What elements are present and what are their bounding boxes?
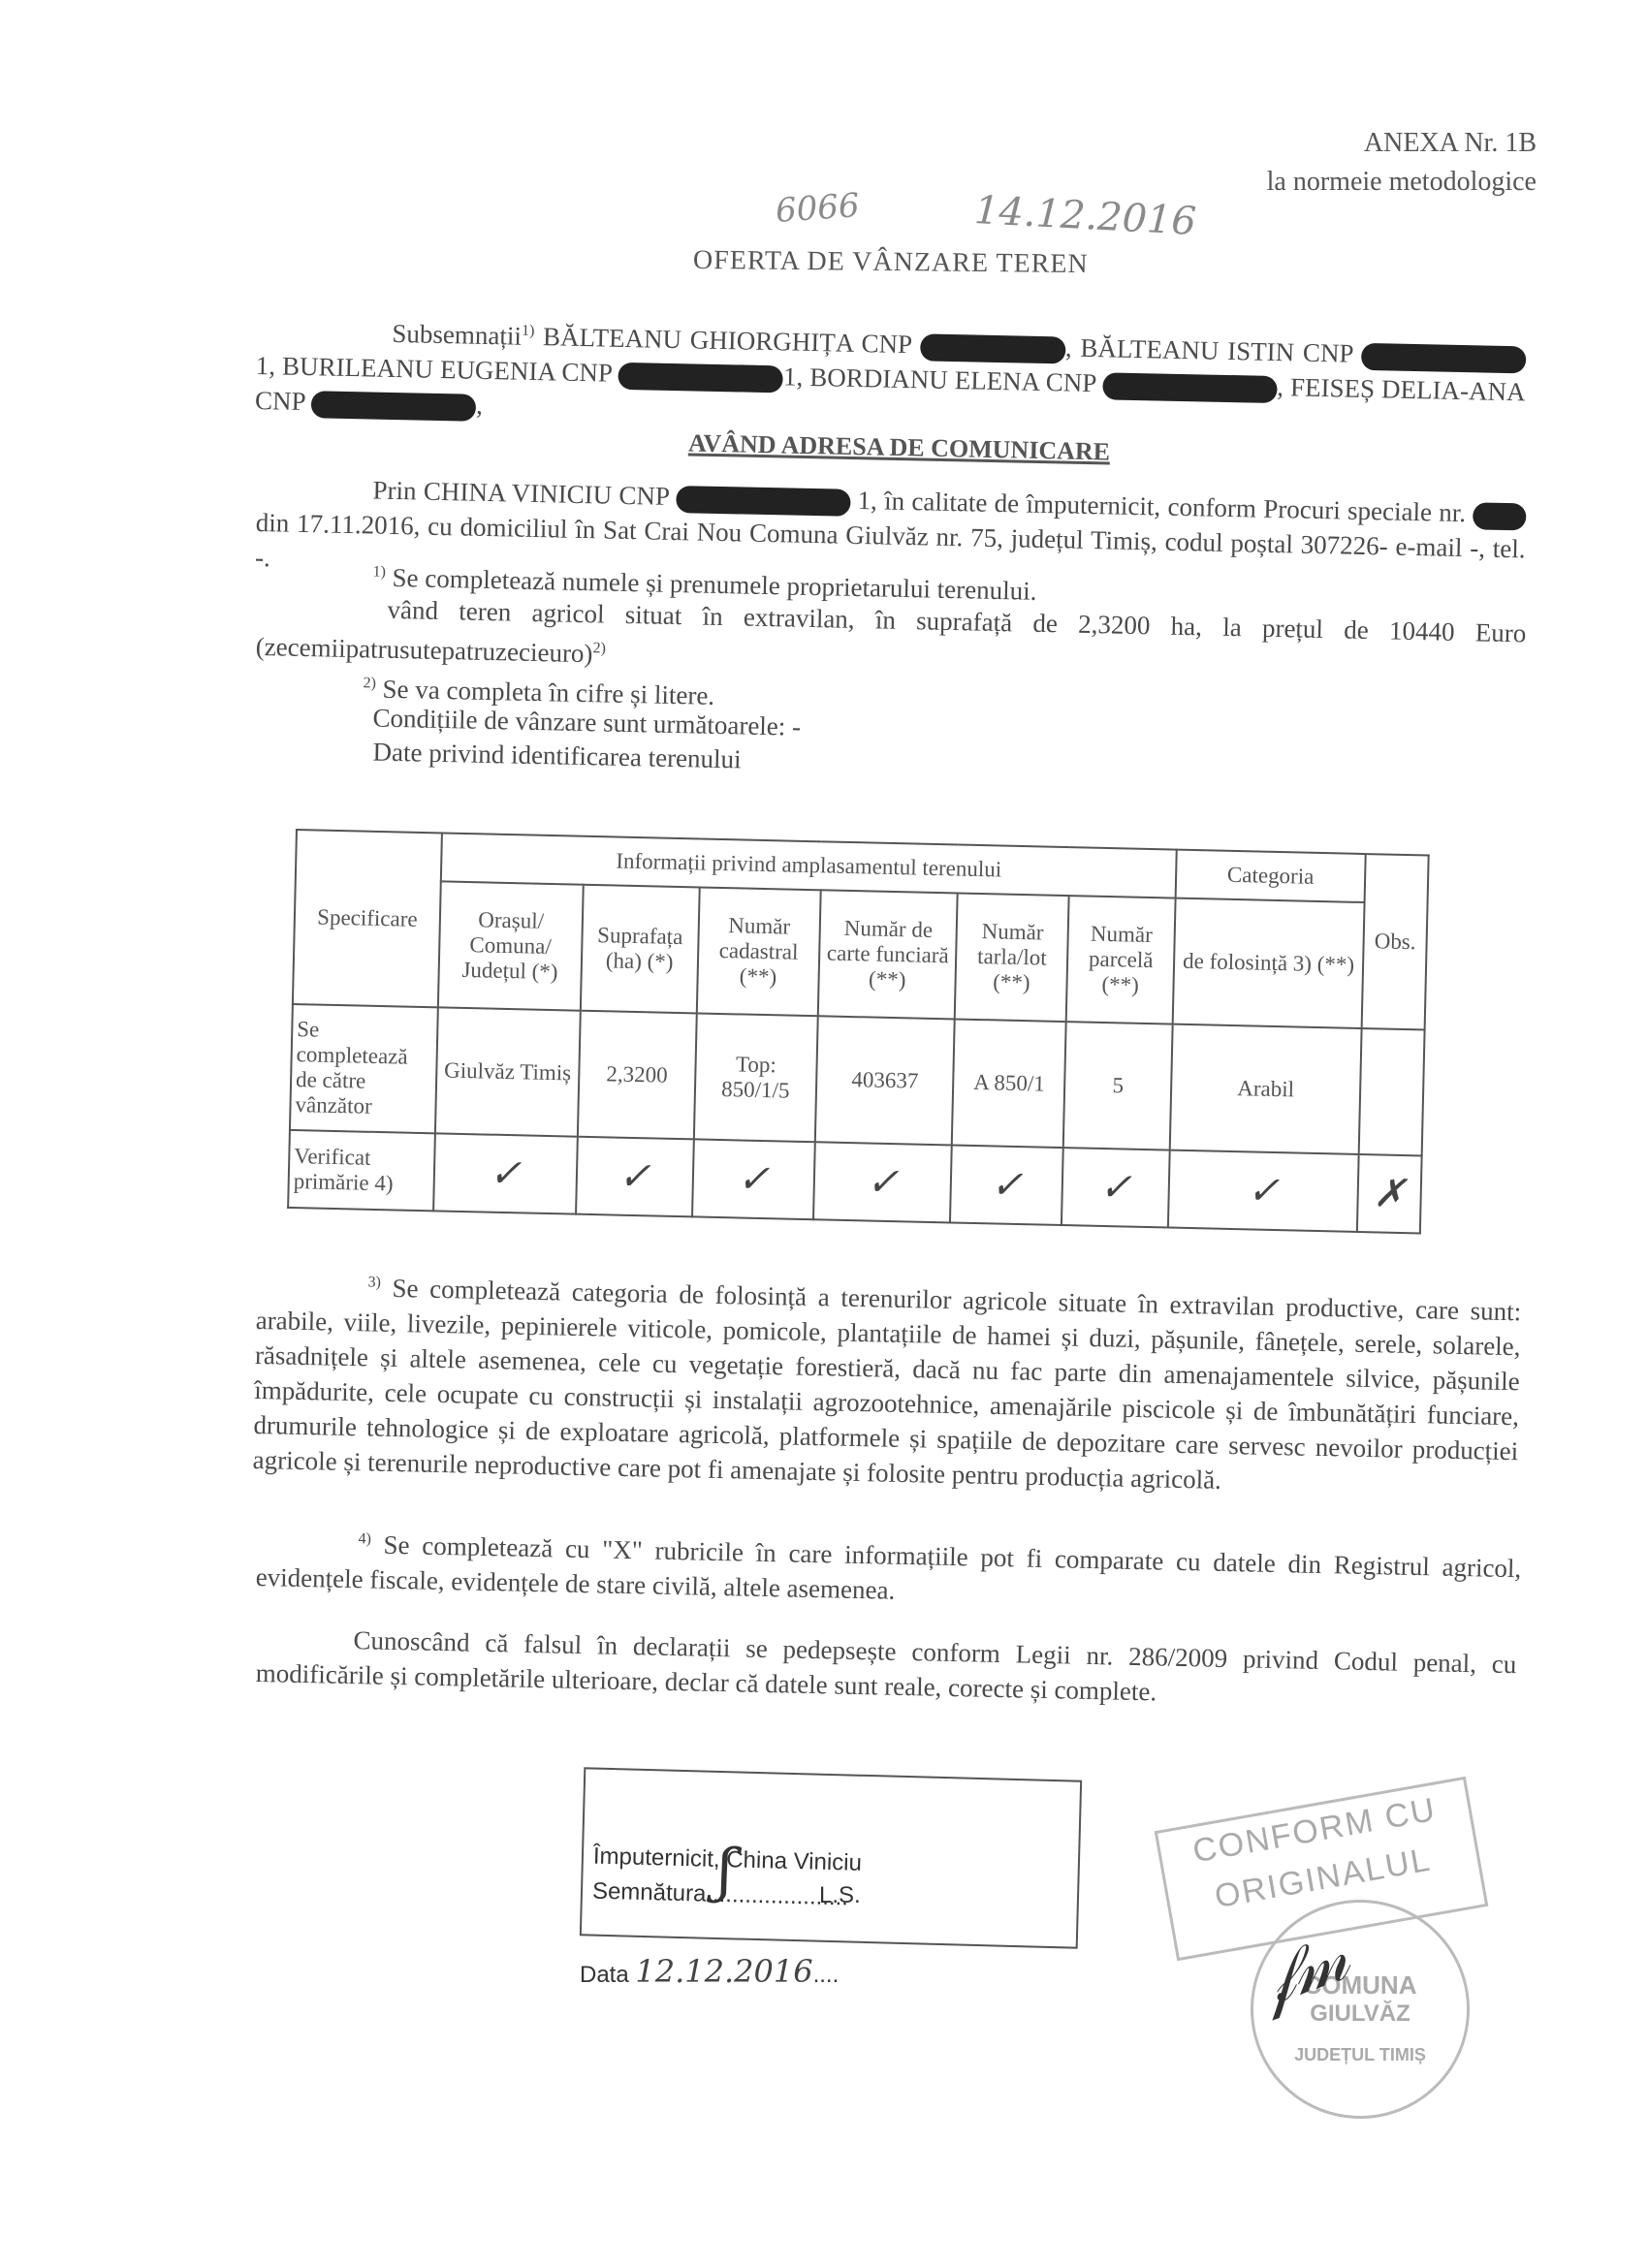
date-label: Data <box>580 1962 629 1988</box>
check-mark-icon: ✓ <box>1062 1148 1170 1227</box>
cross-mark-icon: ✗ <box>1357 1154 1422 1233</box>
category-header: Categoria <box>1176 850 1366 902</box>
signature-scribble-icon: ʃ <box>717 1837 733 1905</box>
seller-name-2: BĂLTEANU ISTIN CNP <box>1080 333 1353 368</box>
redacted-cnp <box>1102 372 1278 403</box>
check-mark-icon: ✓ <box>576 1137 694 1217</box>
table-cell: Arabil <box>1170 1024 1362 1154</box>
seller-name-4: BORDIANU ELENA CNP <box>809 362 1096 397</box>
footnote-3: 3) Se completează categoria de folosință… <box>252 1263 1521 1503</box>
declaration: Cunoscând că falsul în declarații se ped… <box>255 1621 1516 1717</box>
table-cell: Top: 850/1/5 <box>694 1013 818 1142</box>
annex-subtitle: la normeie metodologice <box>1267 163 1537 202</box>
document-title: OFERTA DE VÂNZARE TEREN <box>693 245 1089 280</box>
row-label: Se completează de către vânzător <box>290 1004 438 1133</box>
seller-name-3: BURILEANU EUGENIA CNP <box>282 352 613 388</box>
representative-role: 1, în calitate de împuternicit, conform … <box>857 486 1466 527</box>
sellers-intro: Subsemnații1) <box>256 316 534 351</box>
check-mark-icon: ✓ <box>950 1145 1063 1225</box>
representative-name: Prin CHINA VINICIU CNP <box>256 473 669 511</box>
table-cell: 2,3200 <box>577 1011 696 1140</box>
column-header: de folosință 3) (**) <box>1173 898 1365 1028</box>
date-field: Data 12.12.2016.... <box>580 1953 839 1990</box>
table-cell <box>1359 1028 1425 1155</box>
column-header: Suprafața (ha) (*) <box>580 885 699 1014</box>
column-header: Specificare <box>293 830 442 1007</box>
annex-number: ANEXA Nr. 1B <box>1267 124 1537 163</box>
table-cell: Giulvăz Timiș <box>435 1007 580 1136</box>
row-label: Verificat primărie 4) <box>288 1130 435 1211</box>
column-header: Obs. <box>1362 854 1429 1029</box>
redacted-cnp <box>1361 343 1527 374</box>
redacted-cnp <box>311 391 477 422</box>
redacted-cnp <box>618 362 784 394</box>
table-cell: 403637 <box>815 1016 955 1145</box>
handwritten-registration-date: 14.12.2016 <box>973 188 1197 244</box>
table-cell: A 850/1 <box>952 1019 1066 1148</box>
handwritten-registration-number: 6066 <box>775 186 861 231</box>
seller-name-1: BĂLTEANU GHIORGHIȚA CNP <box>543 322 912 359</box>
address-heading: AVÂND ADRESA DE COMUNICARE <box>688 428 1111 466</box>
column-header: Număr tarla/lot (**) <box>955 894 1069 1023</box>
column-header: Număr de carte funciară (**) <box>818 890 958 1019</box>
seal-placeholder: L.S. <box>819 1882 861 1909</box>
check-mark-icon: ✓ <box>1168 1150 1359 1232</box>
redacted-cnp <box>920 333 1066 363</box>
land-info-table: Specificare Informații privind amplasame… <box>287 829 1430 1234</box>
column-header: Număr parcelă (**) <box>1066 896 1176 1024</box>
check-mark-icon: ✓ <box>813 1142 952 1222</box>
signature-box: Împuternicit, China Viniciu Semnătura ..… <box>580 1767 1082 1948</box>
sellers-paragraph: Subsemnații1) BĂLTEANU GHIORGHIȚA CNP , … <box>255 308 1527 444</box>
column-header: Număr cadastral (**) <box>697 887 821 1016</box>
redacted-proxy-number <box>1473 502 1527 530</box>
check-mark-icon: ✓ <box>433 1133 577 1213</box>
column-header: Orașul/ Comuna/ Județul (*) <box>438 881 583 1010</box>
table-cell: 5 <box>1063 1022 1173 1150</box>
annex-reference: ANEXA Nr. 1B la normeie metodologice <box>1267 124 1537 202</box>
redacted-cnp <box>676 486 851 517</box>
check-mark-icon: ✓ <box>692 1139 815 1219</box>
footnote-4: 4) Se completează cu "X" rubricile în ca… <box>255 1520 1521 1621</box>
date-value: 12.12.2016 <box>635 1953 812 1990</box>
